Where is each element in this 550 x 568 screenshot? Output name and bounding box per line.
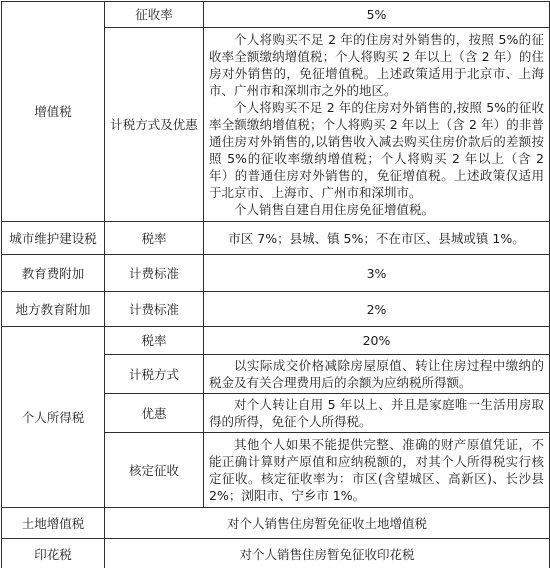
education-surcharge-standard-label: 计费标准 — [105, 255, 204, 292]
income-tax-assessed-levy-label: 核定征收 — [105, 433, 204, 508]
income-tax-rate-label: 税率 — [105, 327, 204, 355]
income-tax-preference-paragraph: 对个人转让自用 5 年以上、并且是家庭唯一生活用房取得的所得，免征个人所得税。 — [209, 396, 544, 430]
table-row: 印花税 对个人销售住房暂免征收印花税 — [2, 539, 550, 568]
income-tax-preference-details: 对个人转让自用 5 年以上、并且是家庭唯一生活用房取得的所得，免征个人所得税。 — [204, 394, 550, 433]
table-row: 土地增值税 对个人销售住房暂免征收土地增值税 — [2, 508, 550, 539]
income-tax-method-details: 以实际成交价格减除房屋原值、转让住房过程中缴纳的税金及有关合理费用后的余额为应纳… — [204, 355, 550, 394]
local-education-surcharge-standard-label: 计费标准 — [105, 292, 204, 327]
table-row: 教育费附加 计费标准 3% — [2, 255, 550, 292]
vat-levy-rate-label: 征收率 — [105, 2, 204, 28]
local-education-surcharge-standard-value: 2% — [204, 292, 550, 327]
income-tax-rate-value: 20% — [204, 327, 550, 355]
table-row: 城市维护建设税 税率 市区 7%；县城、镇 5%；不在市区、县城或镇 1%。 — [2, 222, 550, 255]
vat-method-paragraph-3: 个人销售自建自用住房免征增值税。 — [209, 201, 544, 218]
tax-category-land-vat: 土地增值税 — [2, 508, 105, 539]
tax-category-personal-income-tax: 个人所得税 — [2, 327, 105, 508]
tax-category-local-education-surcharge: 地方教育附加 — [2, 292, 105, 327]
urban-maintenance-rate-label: 税率 — [105, 222, 204, 255]
table-row: 地方教育附加 计费标准 2% — [2, 292, 550, 327]
vat-method-paragraph-2: 个人将购买不足 2 年的住房对外销售的,按照 5%的征收率全额缴纳增值税；个人将… — [209, 99, 544, 201]
income-tax-method-paragraph: 以实际成交价格减除房屋原值、转让住房过程中缴纳的税金及有关合理费用后的余额为应纳… — [209, 357, 544, 391]
income-tax-preference-label: 优惠 — [105, 394, 204, 433]
stamp-tax-value: 对个人销售住房暂免征收印花税 — [105, 539, 550, 568]
vat-method-details: 个人将购买不足 2 年的住房对外销售的，按照 5%的征收率全额缴纳增值税；个人将… — [204, 28, 550, 222]
vat-levy-rate-value: 5% — [204, 2, 550, 28]
education-surcharge-standard-value: 3% — [204, 255, 550, 292]
land-vat-value: 对个人销售住房暂免征收土地增值税 — [105, 508, 550, 539]
housing-tax-table: 增值税 征收率 5% 计税方式及优惠 个人将购买不足 2 年的住房对外销售的，按… — [1, 1, 550, 568]
tax-category-vat: 增值税 — [2, 2, 105, 222]
urban-maintenance-rate-value: 市区 7%；县城、镇 5%；不在市区、县城或镇 1%。 — [204, 222, 550, 255]
table-row: 个人所得税 税率 20% — [2, 327, 550, 355]
income-tax-method-label: 计税方式 — [105, 355, 204, 394]
tax-category-stamp-tax: 印花税 — [2, 539, 105, 568]
tax-category-urban-maintenance: 城市维护建设税 — [2, 222, 105, 255]
income-tax-assessed-levy-paragraph: 其他个人如果不能提供完整、准确的财产原值凭证，不能正确计算财产原值和应纳税额的，… — [209, 436, 544, 504]
tax-category-education-surcharge: 教育费附加 — [2, 255, 105, 292]
vat-method-label: 计税方式及优惠 — [105, 28, 204, 222]
income-tax-assessed-levy-details: 其他个人如果不能提供完整、准确的财产原值凭证，不能正确计算财产原值和应纳税额的，… — [204, 433, 550, 508]
vat-method-paragraph-1: 个人将购买不足 2 年的住房对外销售的，按照 5%的征收率全额缴纳增值税；个人将… — [209, 31, 544, 99]
table-row: 增值税 征收率 5% — [2, 2, 550, 28]
